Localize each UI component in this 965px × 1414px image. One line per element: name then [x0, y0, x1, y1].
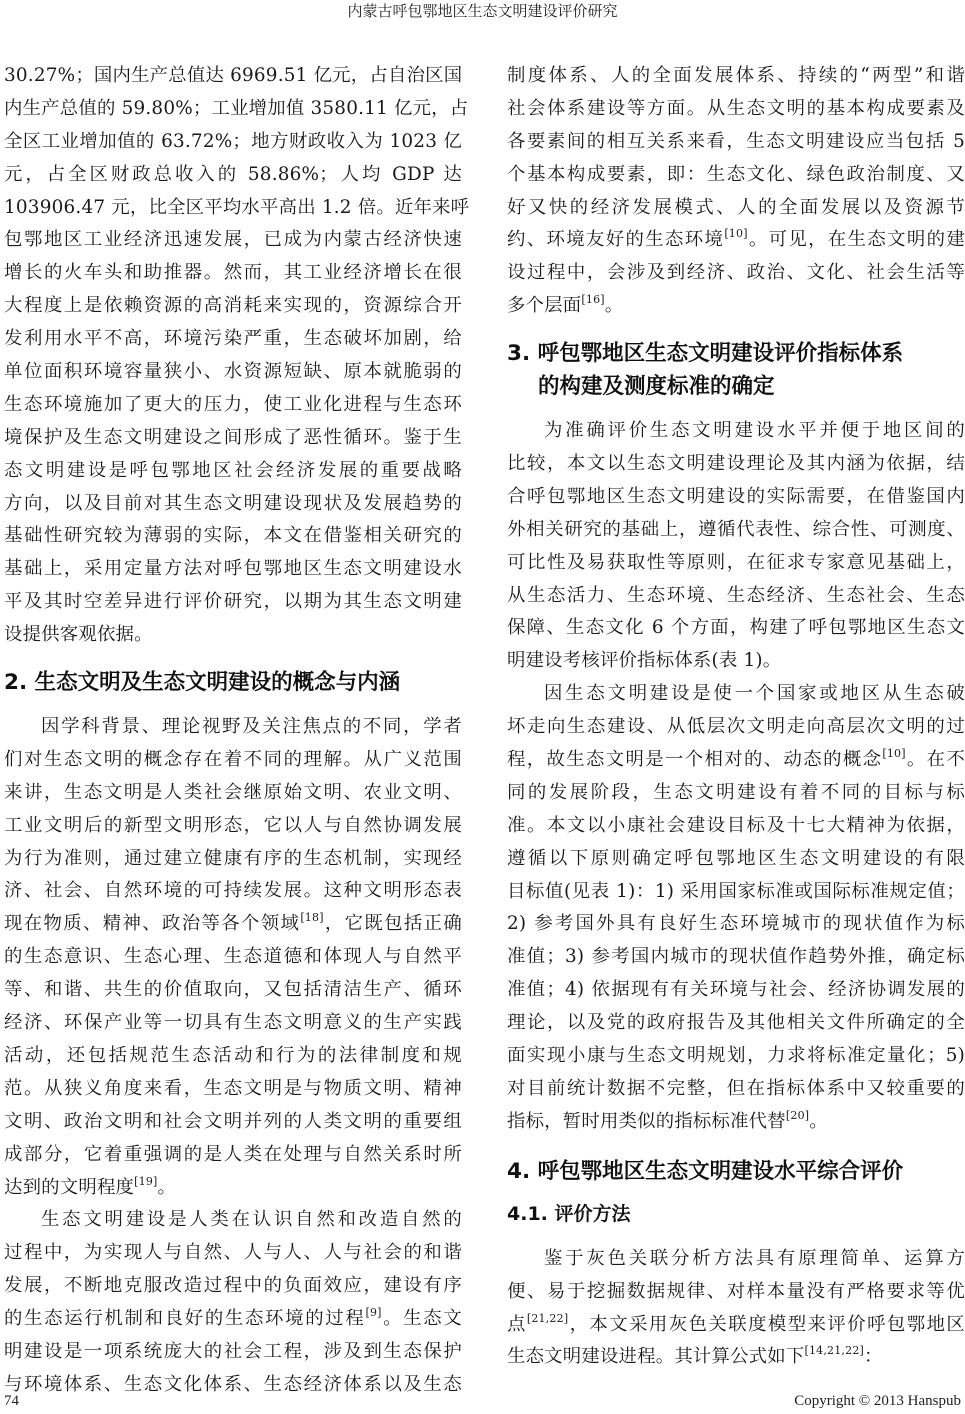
text-line: 准。本文以小康社会建设目标及十七大精神为依据， [507, 810, 965, 843]
text-line: 准值；3) 参考国内城市的现状值作趋势外推，确定标 [507, 941, 965, 974]
right-column: 制度体系、人的全面发展体系、持续的“两型”和谐 社会体系建设等方面。从生态文明的… [507, 60, 965, 1374]
section-2-heading: 2. 生态文明及生态文明建设的概念与内涵 [4, 666, 462, 699]
paragraph-index-system: 为准确评价生态文明建设水平并便于地区间的 比较，本文以生态文明建设理论及其内涵为… [507, 415, 965, 678]
text-line: 设过程中，会涉及到经济、政治、文化、社会生活等 [507, 257, 965, 290]
text-line: 全区工业增加值的 63.72%；地方财政收入为 1023 亿 [4, 126, 462, 159]
text-line: 理论，以及党的政府报告及其他相关文件所确定的全 [507, 1007, 965, 1040]
text-line: 增长的火车头和助推器。然而，其工业经济增长在很 [4, 257, 462, 290]
text-line: 文明、政治文明和社会文明并列的人类文明的重要组 [4, 1106, 462, 1139]
paragraph-method: 鉴于灰色关联分析方法具有原理简单、运算方 便、易于挖掘数据规律、对样本量没有严格… [507, 1243, 965, 1375]
text-line: 外相关研究的基础上，遵循代表性、综合性、可测度、 [507, 514, 965, 547]
left-column: 30.27%；国内生产总值达 6969.51 亿元，占自治区国 内生产总值的 5… [4, 60, 462, 1402]
text-line: 元，占全区财政总收入的 58.86%；人均 GDP 达 [4, 159, 462, 192]
running-header-title: 内蒙古呼包鄂地区生态文明建设评价研究 [0, 2, 965, 20]
text-line: 指标，暂时用类似的指标标准代替[20]。 [507, 1106, 965, 1139]
text-line: 包鄂地区工业经济迅速发展，已成为内蒙古经济快速 [4, 224, 462, 257]
text-line: 便、易于挖掘数据规律、对样本量没有严格要求等优 [507, 1276, 965, 1309]
text-line: 内生产总值的 59.80%；工业增加值 3580.11 亿元，占 [4, 93, 462, 126]
text-line: 各要素间的相互关系来看，生态文明建设应当包括 5 [507, 126, 965, 159]
text-line: 设提供客观依据。 [4, 619, 462, 652]
text-line: 发利用水平不高，环境污染严重，生态破坏加剧，给 [4, 323, 462, 356]
citation-ref[interactable]: [10] [724, 227, 747, 240]
text-line: 方向，以及目前对其生态文明建设现状及发展趋势的 [4, 488, 462, 521]
text-line: 可比性及易获取性等原则，在征求专家意见基础上， [507, 547, 965, 580]
text-line: 态文明建设是呼包鄂地区社会经济发展的重要战略 [4, 455, 462, 488]
text-line: 为准确评价生态文明建设水平并便于地区间的 [507, 415, 965, 448]
text-line: 境保护及生态文明建设之间形成了恶性循环。鉴于生 [4, 422, 462, 455]
text-line: 个基本构成要素，即：生态文化、绿色政治制度、又 [507, 159, 965, 192]
text-line: 经济、环保产业等一切具有生态文明意义的生产实践 [4, 1007, 462, 1040]
section-4-1-heading: 4.1. 评价方法 [507, 1198, 965, 1231]
paragraph-concept: 因学科背景、理论视野及关注焦点的不同，学者 们对生态文明的概念存在着不同的理解。… [4, 711, 462, 1204]
text-line: 30.27%；国内生产总值达 6969.51 亿元，占自治区国 [4, 60, 462, 93]
text-line: 鉴于灰色关联分析方法具有原理简单、运算方 [507, 1243, 965, 1276]
text-line: 的生态意识、生态心理、生态道德和体现人与自然平 [4, 941, 462, 974]
copyright-notice: Copyright © 2013 Hanspub [794, 1392, 961, 1410]
text-line: 同的发展阶段，生态文明建设有着不同的目标与标 [507, 777, 965, 810]
text-line: 多个层面[16]。 [507, 290, 965, 323]
text-line: 103906.47 元，比全区平均水平高出 1.2 倍。近年来呼 [4, 192, 462, 225]
text-line: 明建设是一项系统庞大的社会工程，涉及到生态保护 [4, 1336, 462, 1369]
text-line: 合呼包鄂地区生态文明建设的实际需要，在借鉴国内 [507, 481, 965, 514]
text-line: 程，故生态文明是一个相对的、动态的概念[10]。在不 [507, 744, 965, 777]
text-line: 来讲，生态文明是人类社会继原始文明、农业文明、 [4, 777, 462, 810]
text-line: 平及其时空差异进行评价研究，以期为其生态文明建 [4, 586, 462, 619]
citation-ref[interactable]: [16] [581, 293, 604, 306]
text-line: 目标值(见表 1)：1) 采用国家标准或国际标准规定值； [507, 876, 965, 909]
text-line: 单位面积环境容量狭小、水资源短缺、原本就脆弱的 [4, 356, 462, 389]
text-line: 因生态文明建设是使一个国家或地区从生态破 [507, 678, 965, 711]
text-line: 的生态运行机制和良好的生态环境的过程[9]。生态文 [4, 1303, 462, 1336]
text-line: 约、环境友好的生态环境[10]。可见，在生态文明的建 [507, 224, 965, 257]
citation-ref[interactable]: [19] [134, 1175, 157, 1188]
text-line: 点[21,22]，本文采用灰色关联度模型来评价呼包鄂地区 [507, 1309, 965, 1342]
text-line: 2) 参考国外具有良好生态环境城市的现状值作为标 [507, 908, 965, 941]
text-line: 现在物质、精神、政治等各个领域[18]，它既包括正确 [4, 908, 462, 941]
citation-ref[interactable]: [21,22] [527, 1312, 568, 1325]
text-line: 对目前统计数据不完整，但在指标体系中又较重要的 [507, 1073, 965, 1106]
page-number: 74 [4, 1392, 19, 1410]
paragraph-construction: 生态文明建设是人类在认识自然和改造自然的 过程中，为实现人与自然、人与人、人与社… [4, 1204, 462, 1401]
text-line: 保障、生态文化 6 个方面，构建了呼包鄂地区生态文 [507, 612, 965, 645]
text-line: 从生态活力、生态环境、生态经济、生态社会、生态 [507, 580, 965, 613]
text-line: 明建设考核评价指标体系(表 1)。 [507, 645, 965, 678]
text-line: 活动，还包括规范生态活动和行为的法律制度和规 [4, 1040, 462, 1073]
text-line: 比较，本文以生态文明建设理论及其内涵为依据，结 [507, 448, 965, 481]
text-line: 社会体系建设等方面。从生态文明的基本构成要素及 [507, 93, 965, 126]
section-3-heading: 3. 呼包鄂地区生态文明建设评价指标体系 的构建及测度标准的确定 [507, 337, 965, 403]
paragraph-elements: 制度体系、人的全面发展体系、持续的“两型”和谐 社会体系建设等方面。从生态文明的… [507, 60, 965, 323]
citation-ref[interactable]: [10] [882, 747, 905, 760]
paragraph-standards: 因生态文明建设是使一个国家或地区从生态破 坏走向生态建设、从低层次文明走向高层次… [507, 678, 965, 1138]
text-line: 大程度上是依赖资源的高消耗来实现的，资源综合开 [4, 290, 462, 323]
text-line: 们对生态文明的概念存在着不同的理解。从广义范围 [4, 744, 462, 777]
text-line: 济、社会、自然环境的可持续发展。这种文明形态表 [4, 875, 462, 908]
text-line: 工业文明后的新型文明形态，它以人与自然协调发展 [4, 810, 462, 843]
text-line: 与环境体系、生态文化体系、生态经济体系以及生态 [4, 1369, 462, 1402]
text-line: 制度体系、人的全面发展体系、持续的“两型”和谐 [507, 60, 965, 93]
text-line: 生态环境施加了更大的压力，使工业化进程与生态环 [4, 389, 462, 422]
text-line: 生态文明建设是人类在认识自然和改造自然的 [4, 1204, 462, 1237]
section-3-heading-line2: 的构建及测度标准的确定 [507, 370, 965, 403]
text-line: 好又快的经济发展模式、人的全面发展以及资源节 [507, 192, 965, 225]
section-4-heading: 4. 呼包鄂地区生态文明建设水平综合评价 [507, 1155, 965, 1188]
text-line: 准值；4) 依据现有有关环境与社会、经济协调发展的 [507, 974, 965, 1007]
citation-ref[interactable]: [14,21,22] [804, 1344, 864, 1357]
text-line: 基础性研究较为薄弱的实际，本文在借鉴相关研究的 [4, 520, 462, 553]
text-line: 范。从狭义角度来看，生态文明是与物质文明、精神 [4, 1073, 462, 1106]
citation-ref[interactable]: [18] [300, 911, 323, 924]
text-line: 坏走向生态建设、从低层次文明走向高层次文明的过 [507, 711, 965, 744]
text-line: 遵循以下原则确定呼包鄂地区生态文明建设的有限 [507, 843, 965, 876]
text-line: 面实现小康与生态文明规划，力求将标准定量化；5) [507, 1040, 965, 1073]
text-line: 达到的文明程度[19]。 [4, 1172, 462, 1205]
text-line: 成部分，它着重强调的是人类在处理与自然关系时所 [4, 1139, 462, 1172]
text-line: 生态文明建设进程。其计算公式如下[14,21,22]： [507, 1341, 965, 1374]
text-line: 为行为准则，通过建立健康有序的生态机制，实现经 [4, 843, 462, 876]
paragraph-intro-continued: 30.27%；国内生产总值达 6969.51 亿元，占自治区国 内生产总值的 5… [4, 60, 462, 652]
text-line: 发展，不断地克服改造过程中的负面效应，建设有序 [4, 1270, 462, 1303]
text-line: 基础上，采用定量方法对呼包鄂地区生态文明建设水 [4, 553, 462, 586]
text-line: 等、和谐、共生的价值取向，又包括清洁生产、循环 [4, 974, 462, 1007]
text-line: 因学科背景、理论视野及关注焦点的不同，学者 [4, 711, 462, 744]
citation-ref[interactable]: [9] [365, 1306, 381, 1319]
section-3-heading-line1: 3. 呼包鄂地区生态文明建设评价指标体系 [507, 337, 965, 370]
citation-ref[interactable]: [20] [786, 1109, 809, 1122]
text-line: 过程中，为实现人与自然、人与人、人与社会的和谐 [4, 1237, 462, 1270]
